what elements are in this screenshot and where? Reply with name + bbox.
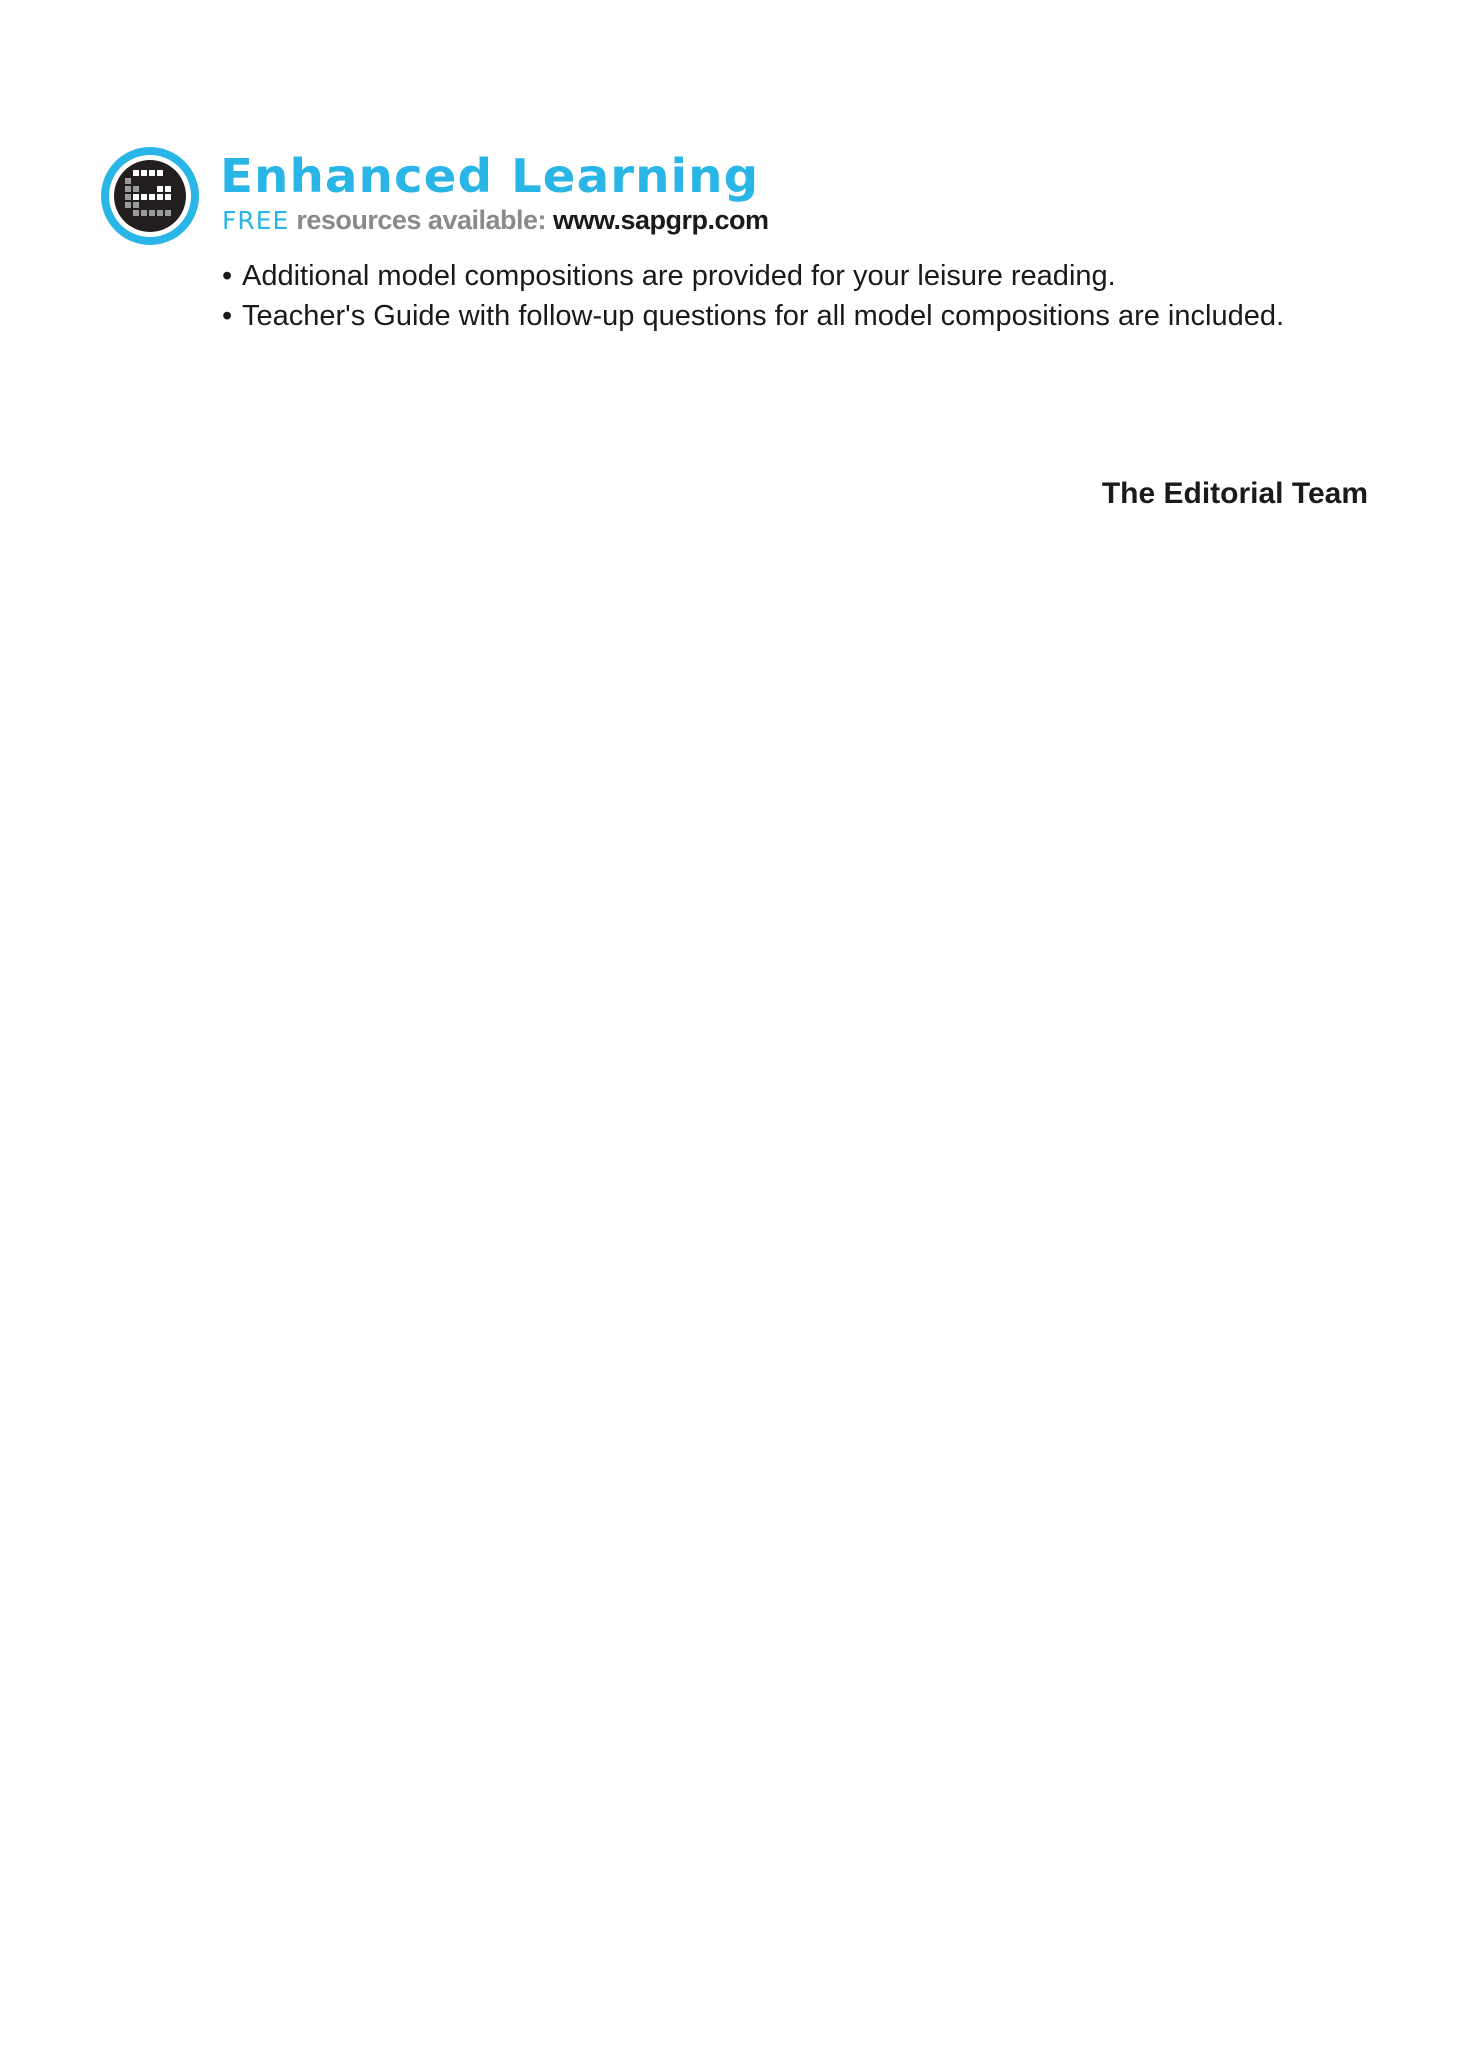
bullet-marker: •: [222, 256, 232, 296]
list-item: • Additional model compositions are prov…: [220, 256, 1370, 296]
enhanced-learning-logo-icon: [100, 146, 200, 246]
signature: The Editorial Team: [1102, 476, 1368, 512]
subtitle-url-link[interactable]: www.sapgrp.com: [553, 205, 769, 235]
subtitle-free: FREE: [222, 206, 289, 235]
subtitle-resources: resources available:: [289, 205, 553, 235]
brand-subtitle: FREE resources available: www.sapgrp.com: [222, 204, 769, 237]
feature-list: • Additional model compositions are prov…: [220, 256, 1370, 336]
list-item-text: Teacher's Guide with follow-up questions…: [242, 300, 1284, 332]
bullet-marker: •: [222, 296, 232, 336]
list-item-text: Additional model compositions are provid…: [242, 260, 1116, 292]
list-item: • Teacher's Guide with follow-up questio…: [220, 296, 1370, 336]
brand-title: Enhanced Learning: [220, 148, 759, 204]
